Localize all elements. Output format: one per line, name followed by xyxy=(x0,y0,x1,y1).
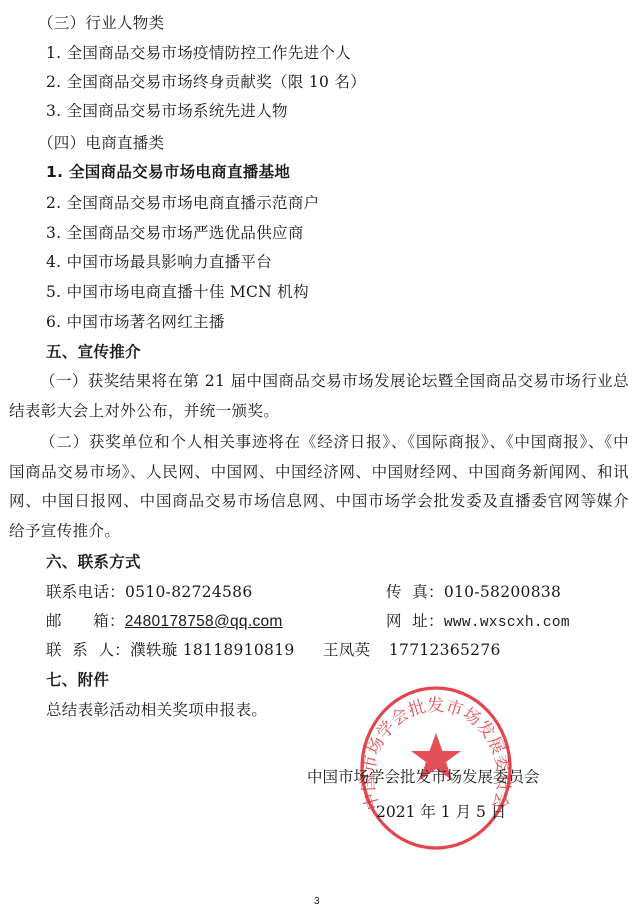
publicity-heading: 五、宣传推介 xyxy=(46,342,141,362)
person2-phone: 17712365276 xyxy=(389,641,501,659)
signature-date: 2021 年 1 月 5 日 xyxy=(376,802,506,822)
website-label: 网 址： xyxy=(386,612,444,630)
section-4-heading: （四）电商直播类 xyxy=(38,133,164,153)
phone-label: 联系电话： xyxy=(46,583,125,601)
list-item: 6. 中国市场著名网红主播 xyxy=(46,312,225,332)
fax-label: 传 真： xyxy=(386,583,444,601)
page-number: 3 xyxy=(314,896,320,907)
contact-person-label: 联 系 人： xyxy=(46,641,130,659)
person1-name: 濮轶璇 xyxy=(130,641,177,659)
contact-heading: 六、联系方式 xyxy=(46,552,141,572)
fax-value: 010-58200838 xyxy=(444,583,561,601)
website-value: www.wxscxh.com xyxy=(444,615,570,631)
attachment-text: 总结表彰活动相关奖项申报表。 xyxy=(46,700,267,720)
publicity-paragraph-1: （一）获奖结果将在第 21 届中国商品交易市场发展论坛暨全国商品交易市场行业总结… xyxy=(9,367,629,426)
fax-row: 传 真：010-58200838 xyxy=(386,582,561,602)
person1-phone: 18118910819 xyxy=(183,641,295,659)
list-item: 2. 全国商品交易市场电商直播示范商户 xyxy=(46,193,319,213)
phone-row: 联系电话：0510-82724586 xyxy=(46,582,253,602)
list-item: 5. 中国市场电商直播十佳 MCN 机构 xyxy=(46,282,309,302)
list-item: 3. 全国商品交易市场系统先进人物 xyxy=(46,101,288,121)
signature-organization: 中国市场学会批发市场发展委员会 xyxy=(307,767,540,787)
phone-value: 0510-82724586 xyxy=(125,583,252,601)
list-item: 3. 全国商品交易市场严选优品供应商 xyxy=(46,223,304,243)
email-label: 邮 箱： xyxy=(46,612,125,630)
person2-name: 王凤英 xyxy=(323,641,370,659)
publicity-paragraph-2: （二）获奖单位和个人相关事迹将在《经济日报》、《国际商报》、《中国商报》、《中国… xyxy=(9,428,629,546)
list-item: 1. 全国商品交易市场电商直播基地 xyxy=(46,162,290,182)
attachment-heading: 七、附件 xyxy=(46,670,109,690)
section-3-heading: （三）行业人物类 xyxy=(38,13,164,33)
email-link[interactable]: 2480178758@qq.com xyxy=(125,613,283,630)
list-item: 2. 全国商品交易市场终身贡献奖（限 10 名） xyxy=(46,72,366,92)
contact-person-row: 联 系 人：濮轶璇 18118910819 王凤英 17712365276 xyxy=(46,640,501,660)
list-item: 4. 中国市场最具影响力直播平台 xyxy=(46,252,272,272)
list-item: 1. 全国商品交易市场疫情防控工作先进个人 xyxy=(46,43,351,63)
email-row: 邮 箱：2480178758@qq.com xyxy=(46,611,283,632)
website-row: 网 址：www.wxscxh.com xyxy=(386,611,570,633)
